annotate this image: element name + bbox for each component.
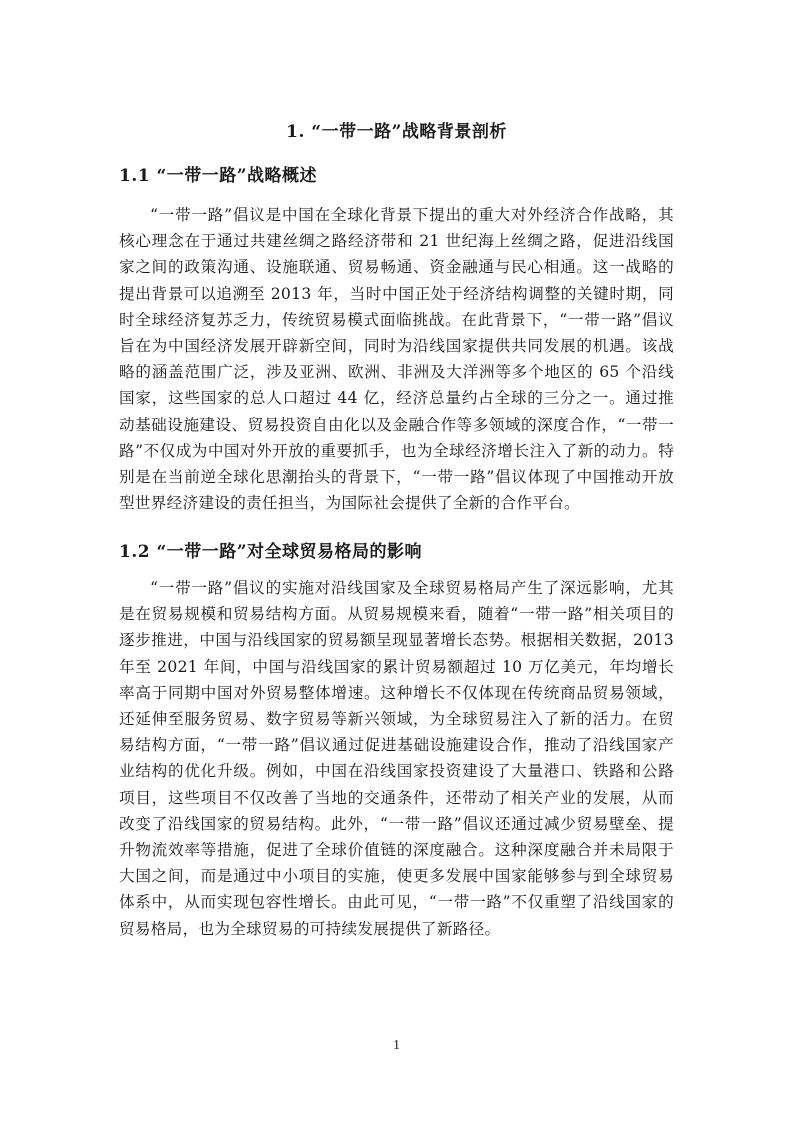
chapter-title: 1. “一带一路”战略背景剖析 <box>0 117 793 142</box>
section-paragraph-1-1: “一带一路”倡议是中国在全球化背景下提出的重大对外经济合作战略，其核心理念在于通… <box>119 202 674 516</box>
document-page: 1. “一带一路”战略背景剖析 1.1 “一带一路”战略概述 “一带一路”倡议是… <box>0 0 793 1122</box>
section-heading-1-2: 1.2 “一带一路”对全球贸易格局的影响 <box>119 537 422 562</box>
section-paragraph-1-2: “一带一路”倡议的实施对沿线国家及全球贸易格局产生了深远影响，尤其是在贸易规模和… <box>119 575 674 942</box>
page-number: 1 <box>0 1038 793 1054</box>
section-heading-1-1: 1.1 “一带一路”战略概述 <box>119 161 317 186</box>
